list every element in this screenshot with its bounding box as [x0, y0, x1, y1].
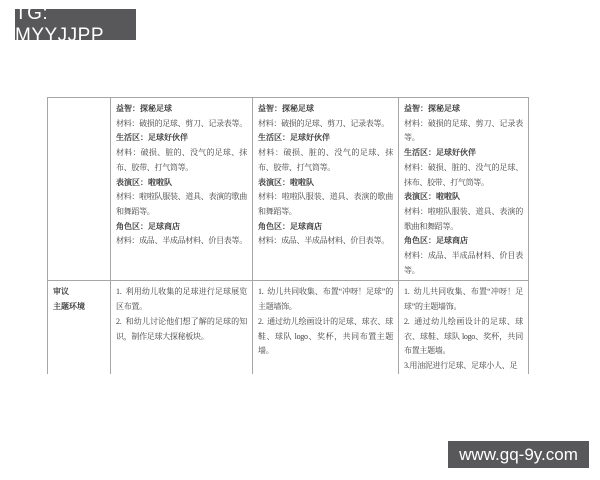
table-row-areas: 益智：探秘足球 材料：破损的足球、剪刀、记录表等。 生活区：足球好伙伴 材料：破… — [48, 98, 529, 281]
area-materials: 材料：破损、脏的、没气的足球、抹布、胶带、打气筒等。 — [404, 161, 523, 190]
area-heading: 表演区：啦啦队 — [116, 176, 247, 191]
env-item: 1. 幼儿共同收集、布置“冲呀！足球”的主题墙饰。 — [404, 285, 523, 314]
cell-r1-week2-areas: 益智：探秘足球 材料：破损的足球、剪刀、记录表等。 生活区：足球好伙伴 材料：破… — [253, 98, 399, 281]
area-materials: 材料：破损、脏的、没气的足球、抹布、胶带、打气筒等。 — [116, 146, 247, 175]
page-background: { "badge": { "label": "TG: MYYJJPP" }, "… — [0, 0, 600, 480]
tg-watermark-label: TG: MYYJJPP — [15, 3, 136, 47]
env-item: 3.用油泥进行足球、足球小人、足 — [404, 359, 523, 374]
rowheader-line: 主题环境 — [53, 300, 105, 315]
area-materials: 材料：破损的足球、剪刀、记录表等。 — [404, 117, 523, 146]
area-materials: 材料：成品、半成品材料、价目表等。 — [404, 249, 523, 278]
area-materials: 材料：成品、半成品材料、价目表等。 — [258, 234, 393, 249]
cell-r1-week3-areas: 益智：探秘足球 材料：破损的足球、剪刀、记录表等。 生活区：足球好伙伴 材料：破… — [399, 98, 529, 281]
document-table-container: 益智：探秘足球 材料：破损的足球、剪刀、记录表等。 生活区：足球好伙伴 材料：破… — [47, 97, 531, 374]
area-heading: 益智：探秘足球 — [258, 102, 393, 117]
area-materials: 材料：破损、脏的、没气的足球、抹布、胶带、打气筒等。 — [258, 146, 393, 175]
area-heading: 益智：探秘足球 — [116, 102, 247, 117]
area-materials: 材料：啦啦队服装、道具、表演的歌曲和舞蹈等。 — [116, 190, 247, 219]
area-heading: 角色区：足球商店 — [404, 234, 523, 249]
area-heading: 生活区：足球好伙伴 — [404, 146, 523, 161]
area-heading: 表演区：啦啦队 — [404, 190, 523, 205]
area-heading: 表演区：啦啦队 — [258, 176, 393, 191]
env-item: 1. 幼儿共同收集、布置“冲呀！足球”的主题墙饰。 — [258, 285, 393, 314]
area-materials: 材料：破损的足球、剪刀、记录表等。 — [258, 117, 393, 132]
tg-watermark-badge: TG: MYYJJPP — [15, 9, 136, 40]
theme-activity-table: 益智：探秘足球 材料：破损的足球、剪刀、记录表等。 生活区：足球好伙伴 材料：破… — [47, 97, 529, 374]
area-materials: 材料：破损的足球、剪刀、记录表等。 — [116, 117, 247, 132]
cell-r2-rowheader: 审议 主题环境 — [48, 281, 111, 374]
env-item: 2. 通过幼儿绘画设计的足球、球衣、球鞋、球队 logo、奖杯，共同布置主题墙。 — [404, 315, 523, 359]
cell-r1-week1-areas: 益智：探秘足球 材料：破损的足球、剪刀、记录表等。 生活区：足球好伙伴 材料：破… — [111, 98, 253, 281]
area-heading: 角色区：足球商店 — [258, 220, 393, 235]
cell-r2-week3-environment: 1. 幼儿共同收集、布置“冲呀！足球”的主题墙饰。 2. 通过幼儿绘画设计的足球… — [399, 281, 529, 374]
cell-r1-rowheader-empty — [48, 98, 111, 281]
area-materials: 材料：啦啦队服装、道具、表演的歌曲和舞蹈等。 — [258, 190, 393, 219]
env-item: 1. 利用幼儿收集的足球进行足球展览区布置。 — [116, 285, 247, 314]
env-item: 2. 通过幼儿绘画设计的足球、球衣、球鞋、球队 logo、奖杯，共同布置主题墙。 — [258, 315, 393, 359]
cell-r2-week2-environment: 1. 幼儿共同收集、布置“冲呀！足球”的主题墙饰。 2. 通过幼儿绘画设计的足球… — [253, 281, 399, 374]
site-watermark-label: www.gq-9y.com — [459, 445, 578, 465]
area-materials: 材料：成品、半成品材料、价目表等。 — [116, 234, 247, 249]
area-materials: 材料：啦啦队服装、道具、表演的歌曲和舞蹈等。 — [404, 205, 523, 234]
env-item: 2. 和幼儿讨论他们想了解的足球的知识，制作足球大探秘板块。 — [116, 315, 247, 344]
area-heading: 角色区：足球商店 — [116, 220, 247, 235]
table-row-theme-environment: 审议 主题环境 1. 利用幼儿收集的足球进行足球展览区布置。 2. 和幼儿讨论他… — [48, 281, 529, 374]
area-heading: 生活区：足球好伙伴 — [258, 131, 393, 146]
cell-r2-week1-environment: 1. 利用幼儿收集的足球进行足球展览区布置。 2. 和幼儿讨论他们想了解的足球的… — [111, 281, 253, 374]
rowheader-line: 审议 — [53, 285, 105, 300]
area-heading: 益智：探秘足球 — [404, 102, 523, 117]
area-heading: 生活区：足球好伙伴 — [116, 131, 247, 146]
site-watermark-badge: www.gq-9y.com — [448, 441, 589, 468]
